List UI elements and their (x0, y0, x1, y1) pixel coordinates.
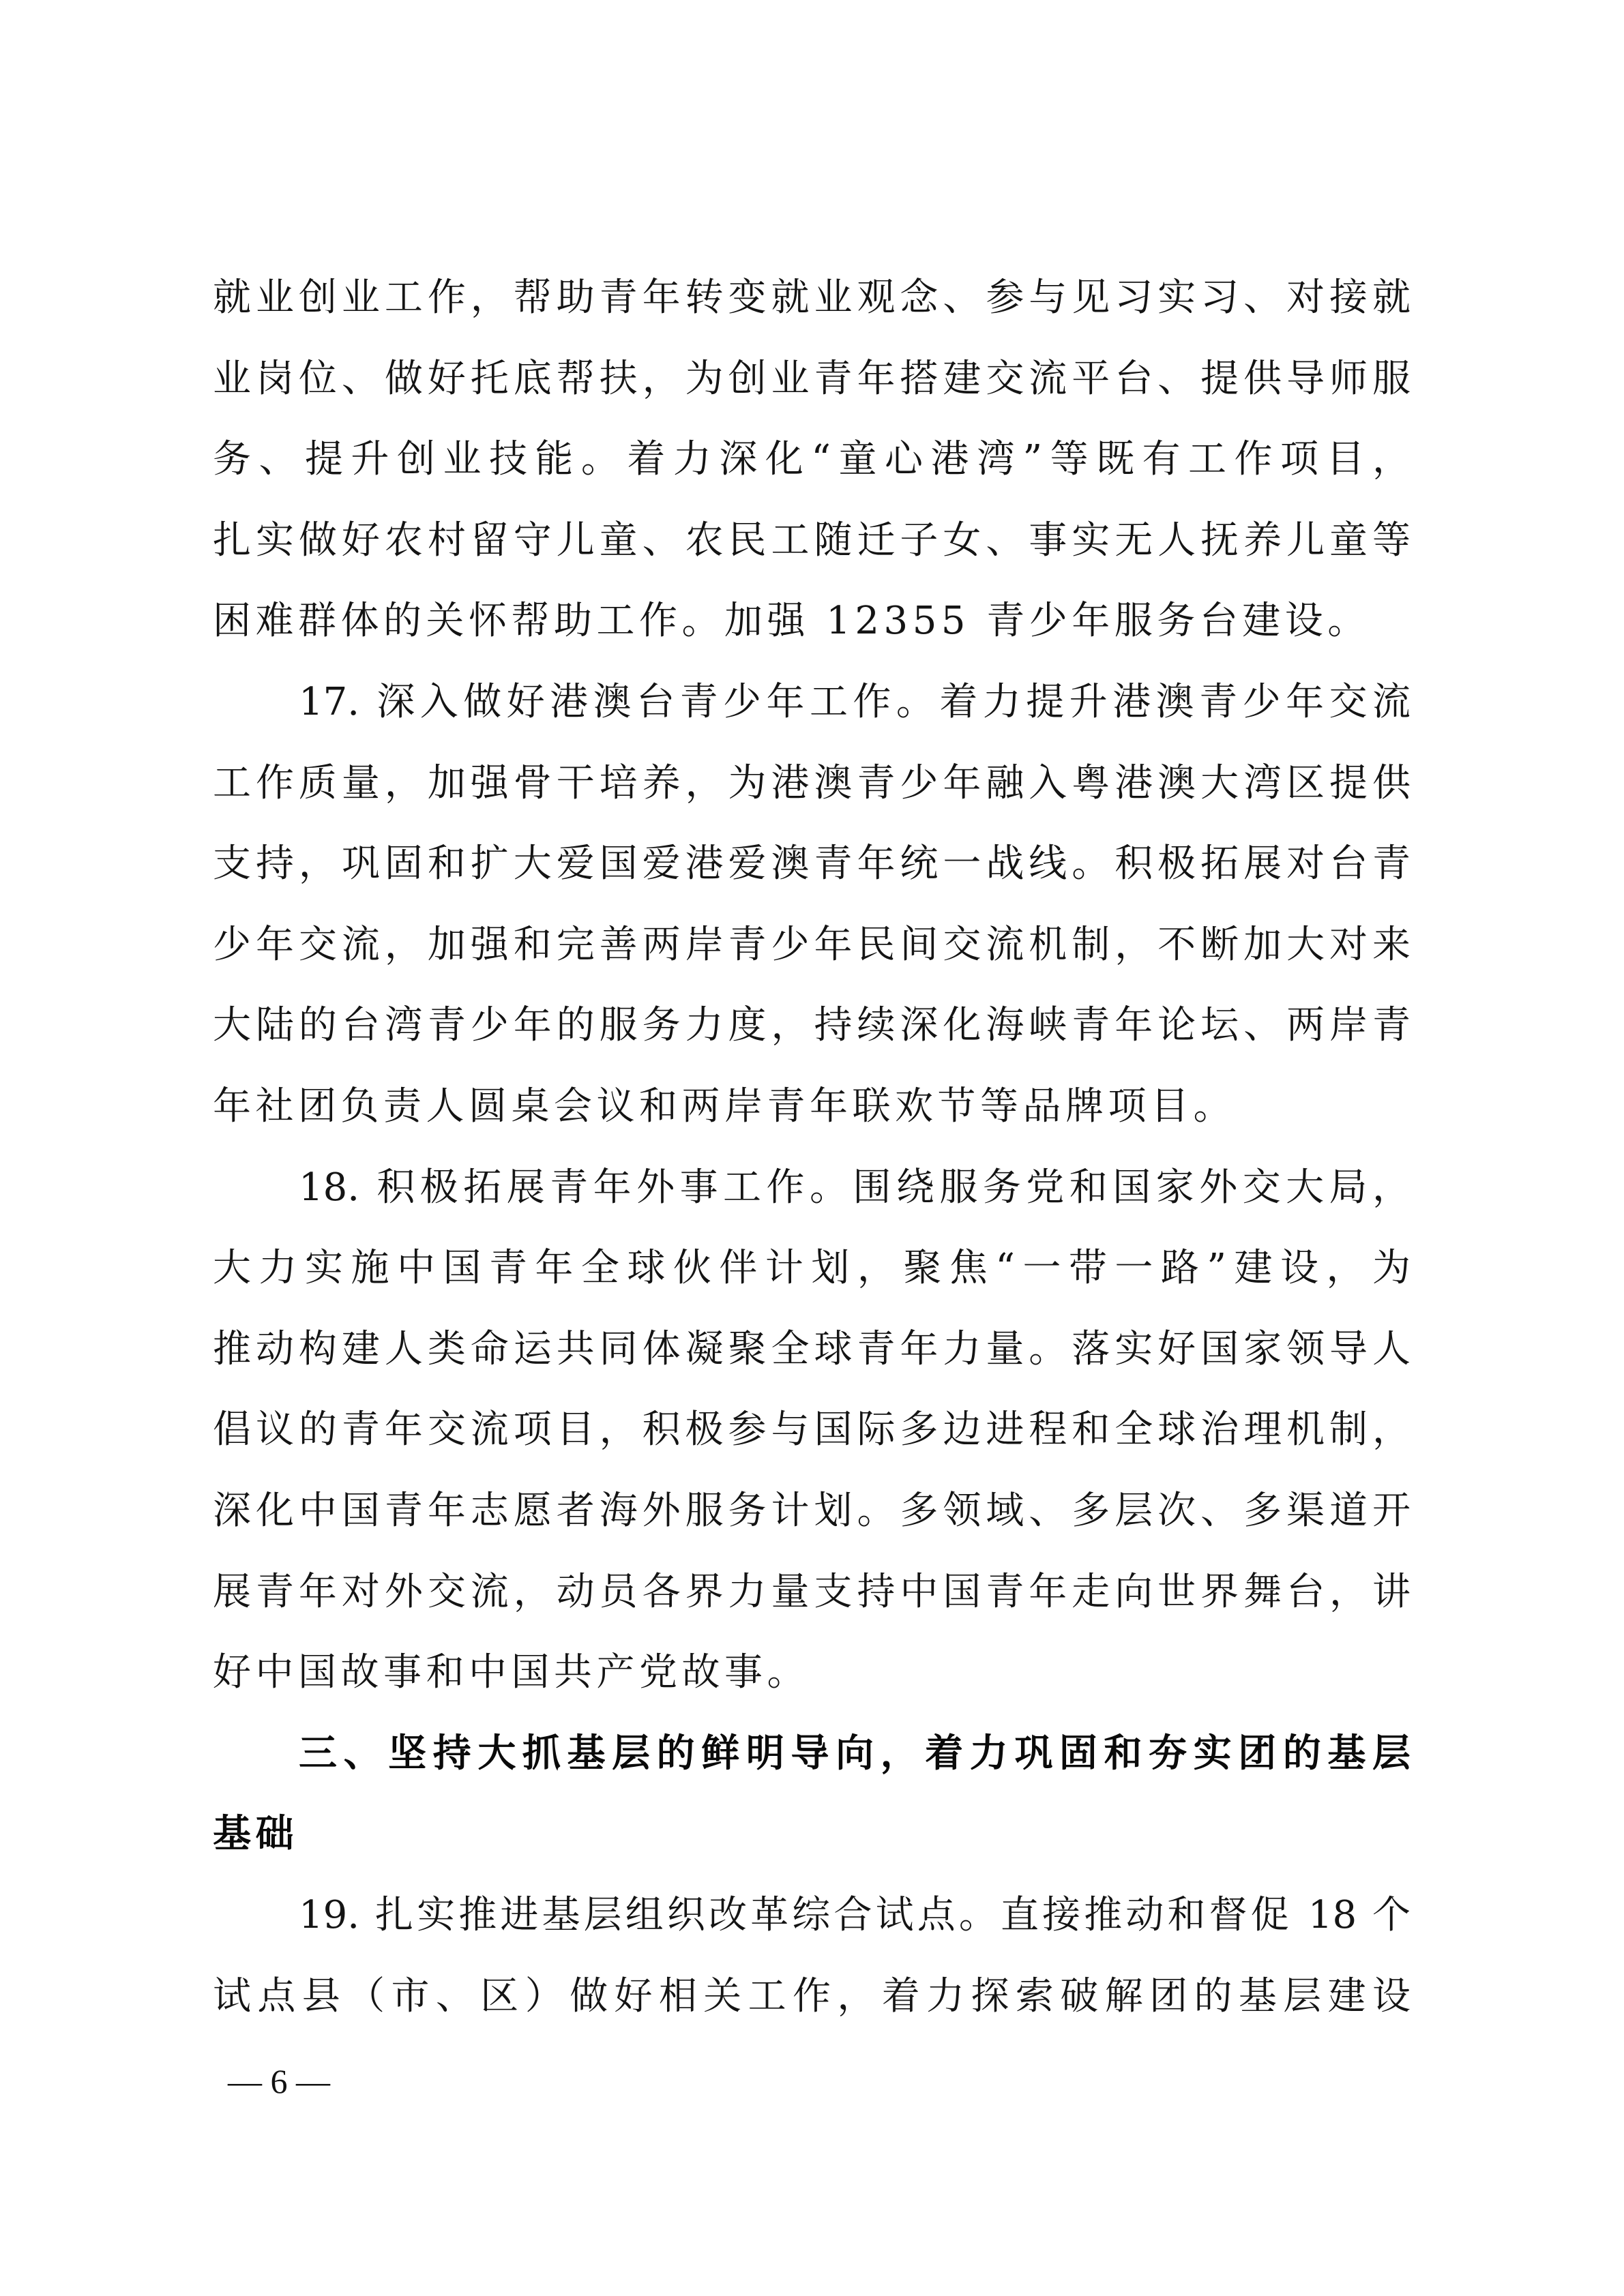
paragraph-18-line-7: 好中国故事和中国共产党故事。 (213, 1645, 1411, 1700)
paragraph-17-line-4: 少年交流，加强和完善两岸青少年民间交流机制，不断加大对来 (213, 918, 1411, 972)
paragraph-16-line-4: 扎实做好农村留守儿童、农民工随迁子女、事实无人抚养儿童等 (213, 513, 1411, 568)
section-heading-line-2: 基础 (213, 1807, 1411, 1862)
paragraph-16-line-3: 务、提升创业技能。着力深化“童心港湾”等既有工作项目， (213, 432, 1411, 487)
paragraph-17-line-1: 17. 深入做好港澳台青少年工作。着力提升港澳青少年交流 (299, 675, 1411, 730)
paragraph-17-line-2: 工作质量，加强骨干培养，为港澳青少年融入粤港澳大湾区提供 (213, 756, 1411, 811)
paragraph-16-line-1: 就业创业工作，帮助青年转变就业观念、参与见习实习、对接就 (213, 271, 1411, 325)
paragraph-17-line-6: 年社团负责人圆桌会议和两岸青年联欢节等品牌项目。 (213, 1079, 1411, 1134)
paragraph-16-line-2: 业岗位、做好托底帮扶，为创业青年搭建交流平台、提供导师服 (213, 352, 1411, 406)
paragraph-19-line-1: 19. 扎实推进基层组织改革综合试点。直接推动和督促 18 个 (299, 1888, 1411, 1943)
paragraph-18-line-5: 深化中国青年志愿者海外服务计划。多领域、多层次、多渠道开 (213, 1484, 1411, 1538)
paragraph-18-line-6: 展青年对外交流，动员各界力量支持中国青年走向世界舞台，讲 (213, 1565, 1411, 1620)
paragraph-18-line-4: 倡议的青年交流项目，积极参与国际多边进程和全球治理机制， (213, 1403, 1411, 1457)
paragraph-19-line-2: 试点县（市、区）做好相关工作，着力探索破解团的基层建设 (213, 1969, 1411, 2024)
section-heading-line-1: 三、坚持大抓基层的鲜明导向，着力巩固和夯实团的基层 (299, 1727, 1411, 1781)
paragraph-18-line-1: 18. 积极拓展青年外事工作。围绕服务党和国家外交大局， (299, 1161, 1411, 1215)
paragraph-16-line-5: 困难群体的关怀帮助工作。加强 12355 青少年服务台建设。 (213, 594, 1411, 648)
document-page: 就业创业工作，帮助青年转变就业观念、参与见习实习、对接就 业岗位、做好托底帮扶，… (0, 0, 1624, 2296)
paragraph-18-line-3: 推动构建人类命运共同体凝聚全球青年力量。落实好国家领导人 (213, 1322, 1411, 1377)
paragraph-17-line-5: 大陆的台湾青少年的服务力度，持续深化海峡青年论坛、两岸青 (213, 998, 1411, 1053)
paragraph-17-line-3: 支持，巩固和扩大爱国爱港爱澳青年统一战线。积极拓展对台青 (213, 837, 1411, 891)
page-number: — 6 — (228, 2061, 330, 2102)
paragraph-18-line-2: 大力实施中国青年全球伙伴计划，聚焦“一带一路”建设，为 (213, 1241, 1411, 1296)
